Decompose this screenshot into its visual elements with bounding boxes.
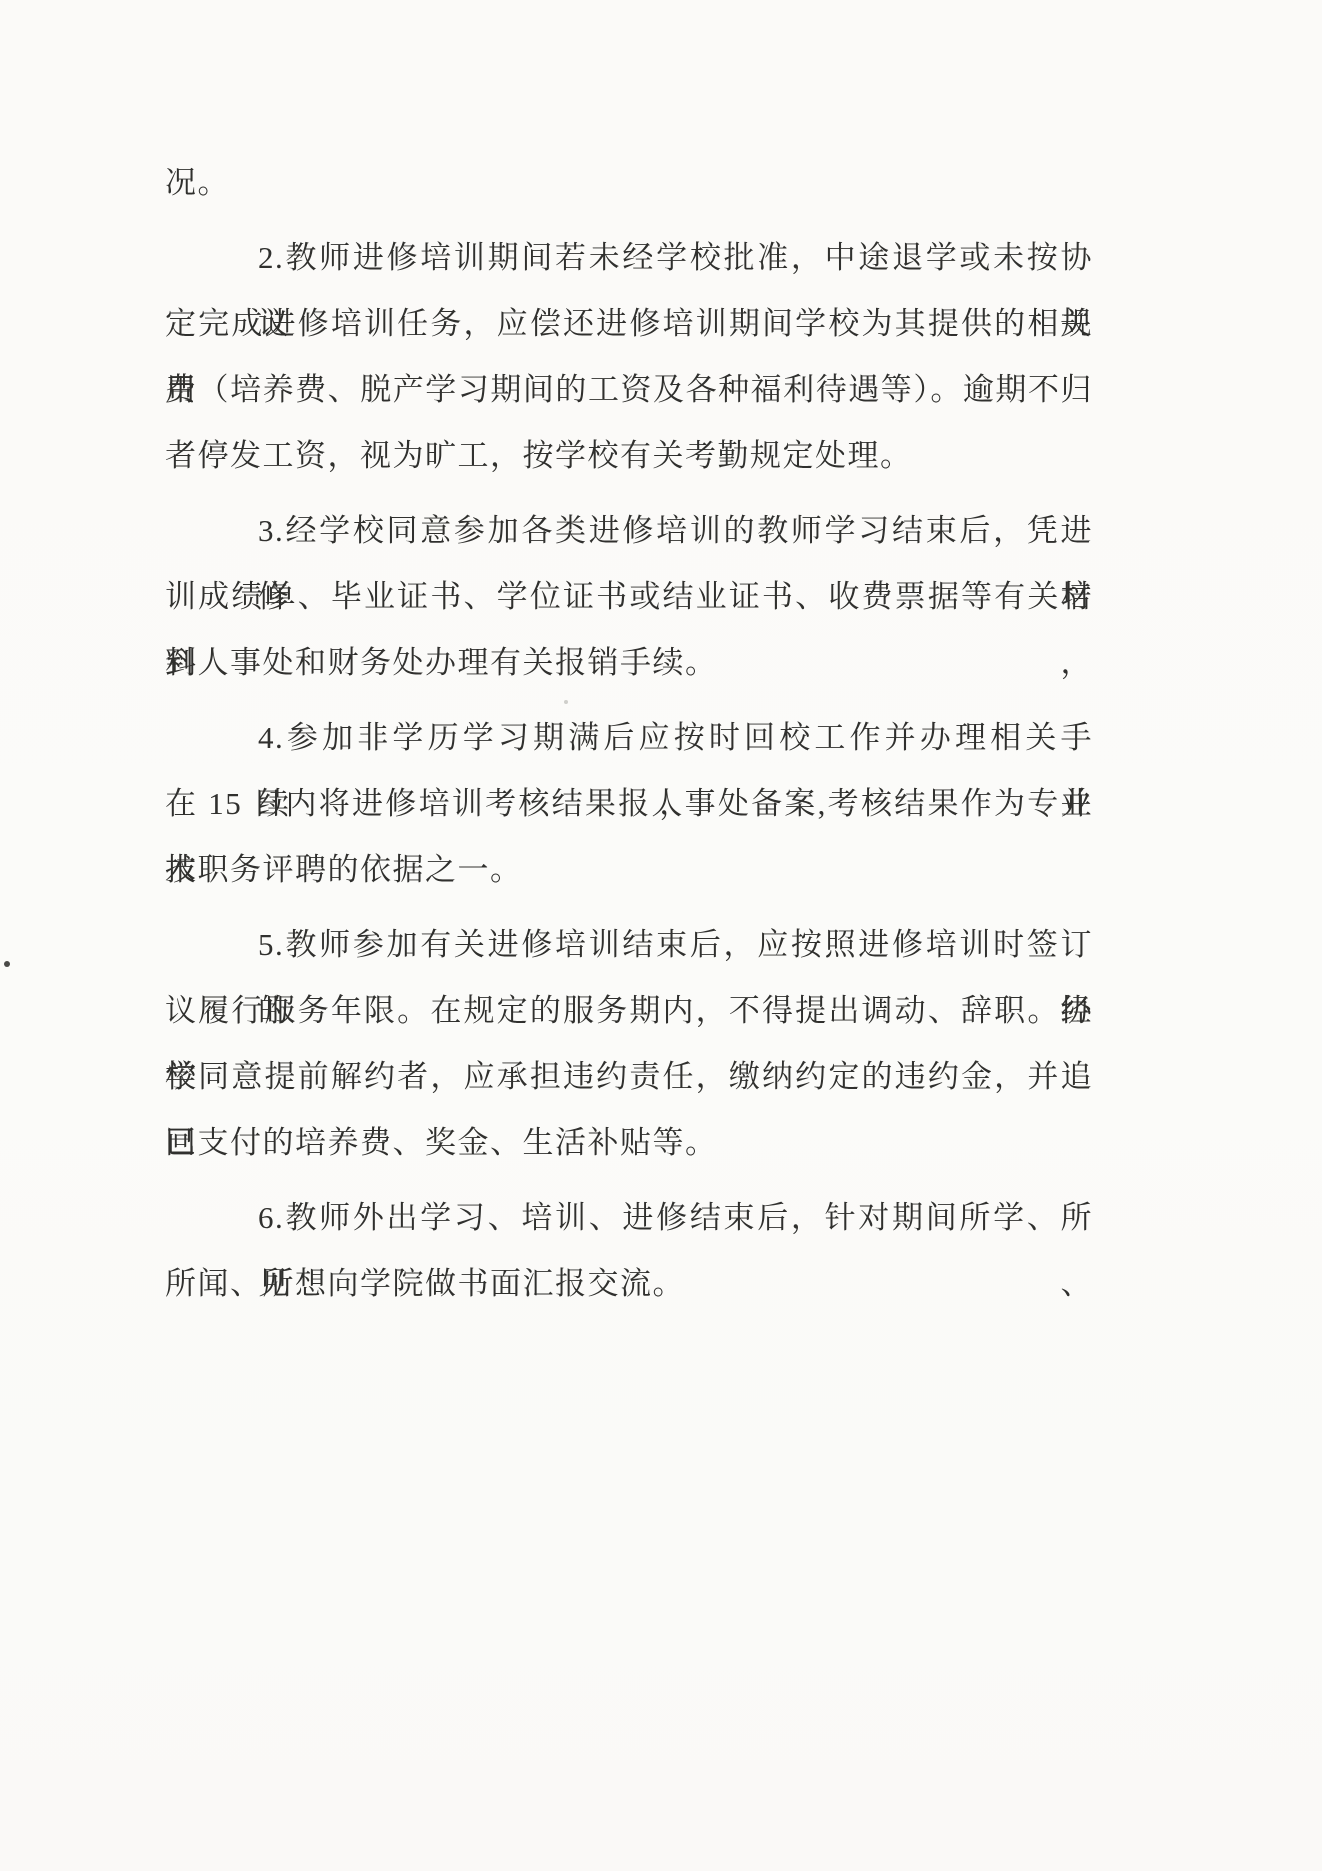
scan-speck — [4, 961, 10, 967]
paragraph-item-2: 2.教师进修培训期间若未经学校批准，中途退学或未按协议规 定完成进修培训任务，应… — [165, 225, 1093, 489]
text-line: 在 15 日内将进修培训考核结果报人事处备案,考核结果作为专业技 — [165, 771, 1093, 837]
scanned-document-page: 况。 2.教师进修培训期间若未经学校批准，中途退学或未按协议规 定完成进修培训任… — [0, 0, 1322, 1871]
text-line: 3.经学校同意参加各类进修培训的教师学习结束后，凭进修培 — [165, 498, 1093, 564]
text-line: 校同意提前解约者，应承担违约责任，缴纳约定的违约金，并追回 — [165, 1044, 1093, 1110]
text-line: 训成绩单、毕业证书、学位证书或结业证书、收费票据等有关材料， — [165, 564, 1093, 630]
scan-speck — [564, 700, 568, 704]
paragraph-continuation: 况。 — [165, 150, 1093, 216]
text-line: 6.教师外出学习、培训、进修结束后，针对期间所学、所见、 — [165, 1185, 1093, 1251]
paragraph-item-3: 3.经学校同意参加各类进修培训的教师学习结束后，凭进修培 训成绩单、毕业证书、学… — [165, 498, 1093, 696]
text-line: 已支付的培养费、奖金、生活补贴等。 — [165, 1110, 1093, 1176]
text-line: 4.参加非学历学习期满后应按时回校工作并办理相关手续，并 — [165, 705, 1093, 771]
paragraph-item-5: 5.教师参加有关进修培训结束后，应按照进修培训时签订的协 议履行服务年限。在规定… — [165, 912, 1093, 1176]
text-line: 况。 — [165, 150, 1093, 216]
text-line: 定完成进修培训任务，应偿还进修培训期间学校为其提供的相关费 — [165, 291, 1093, 357]
text-line: 议履行服务年限。在规定的服务期内，不得提出调动、辞职。经学 — [165, 978, 1093, 1044]
text-line: 用（培养费、脱产学习期间的工资及各种福利待遇等）。逾期不归 — [165, 357, 1093, 423]
paragraph-item-6: 6.教师外出学习、培训、进修结束后，针对期间所学、所见、 所闻、所想向学院做书面… — [165, 1185, 1093, 1317]
text-line: 2.教师进修培训期间若未经学校批准，中途退学或未按协议规 — [165, 225, 1093, 291]
paragraph-item-4: 4.参加非学历学习期满后应按时回校工作并办理相关手续，并 在 15 日内将进修培… — [165, 705, 1093, 903]
text-line: 术职务评聘的依据之一。 — [165, 837, 1093, 903]
text-line: 者停发工资，视为旷工，按学校有关考勤规定处理。 — [165, 423, 1093, 489]
document-body: 况。 2.教师进修培训期间若未经学校批准，中途退学或未按协议规 定完成进修培训任… — [165, 150, 1093, 1326]
text-line: 5.教师参加有关进修培训结束后，应按照进修培训时签订的协 — [165, 912, 1093, 978]
